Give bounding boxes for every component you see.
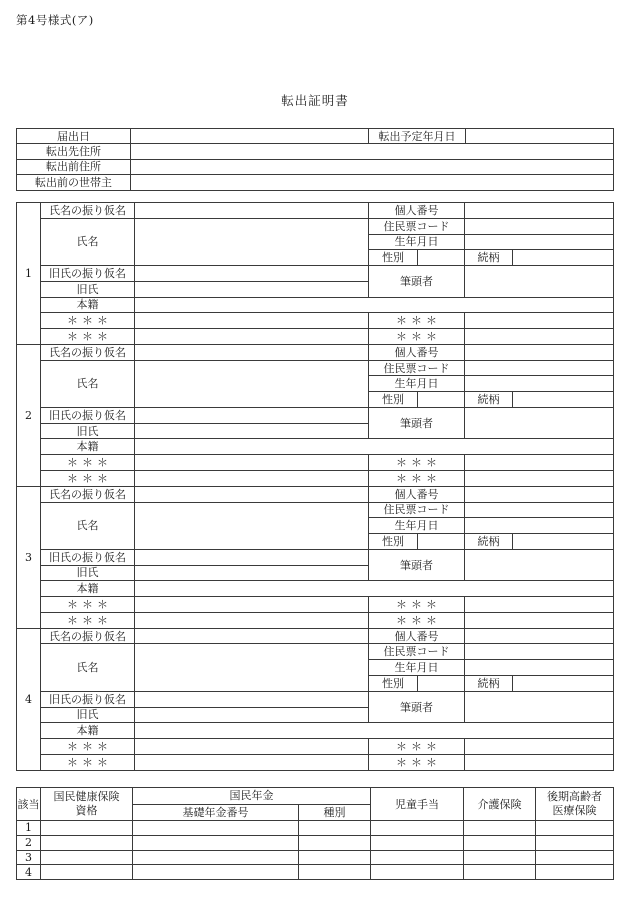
label-personal-number: 個人番号 (369, 203, 465, 219)
label-former-name-furigana: 旧氏の振り仮名 (41, 266, 135, 282)
label-relationship: 続柄 (465, 392, 513, 408)
label-personal-number: 個人番号 (369, 344, 465, 360)
label-register-head: 筆頭者 (369, 691, 465, 723)
label-sex: 性別 (369, 392, 418, 408)
label-masked: ＊＊＊ (369, 329, 465, 345)
field-pension-type (299, 850, 371, 865)
field-masked (135, 754, 369, 770)
field-nhi (41, 850, 133, 865)
person-block-3: 3 氏名の振り仮名 個人番号 氏名 住民票コード 生年月日 性別 続柄 (17, 486, 614, 628)
field-masked (135, 471, 369, 487)
field-previous-address (131, 159, 614, 174)
label-relationship: 続柄 (465, 534, 513, 550)
table-row: ＊＊＊ ＊＊＊ (17, 739, 614, 755)
field-relationship (513, 250, 614, 266)
field-name-furigana (135, 486, 369, 502)
label-masked: ＊＊＊ (41, 455, 135, 471)
field-name (135, 502, 369, 549)
label-personal-number: 個人番号 (369, 486, 465, 502)
table-row: 1 氏名の振り仮名 個人番号 (17, 203, 614, 219)
label-former-name-furigana: 旧氏の振り仮名 (41, 549, 135, 565)
table-row: 氏名 住民票コード (17, 502, 614, 518)
field-name (135, 644, 369, 691)
field-child-allowance (371, 821, 464, 836)
label-registered-domicile: 本籍 (41, 439, 135, 455)
label-name: 氏名 (41, 644, 135, 691)
table-row: 2 (17, 835, 614, 850)
label-registered-domicile: 本籍 (41, 297, 135, 313)
row-number: 3 (17, 850, 41, 865)
table-row: 1 (17, 821, 614, 836)
table-row: 転出前住所 (17, 159, 614, 174)
field-pension-number (133, 835, 299, 850)
label-masked: ＊＊＊ (369, 612, 465, 628)
person-number: 2 (17, 344, 41, 486)
label-planned-moveout-date: 転出予定年月日 (369, 129, 466, 144)
label-masked: ＊＊＊ (41, 754, 135, 770)
person-table: 1 氏名の振り仮名 個人番号 氏名 住民票コード 生年月日 性別 続柄 (16, 202, 614, 771)
field-name-furigana (135, 344, 369, 360)
person-number: 1 (17, 203, 41, 345)
field-resident-record-code (465, 218, 614, 234)
header-table: 届出日 転出予定年月日 転出先住所 転出前住所 転出前の世帯主 (16, 128, 614, 191)
label-previous-address: 転出前住所 (17, 159, 131, 174)
field-name (135, 360, 369, 407)
field-masked (135, 455, 369, 471)
field-masked (135, 313, 369, 329)
form-number: 第4号様式(ア) (16, 12, 94, 28)
field-pension-number (133, 865, 299, 880)
field-pension-type (299, 835, 371, 850)
label-register-head: 筆頭者 (369, 549, 465, 581)
header-nhi-line2: 資格 (41, 804, 132, 818)
field-register-head (465, 407, 614, 439)
field-masked (135, 612, 369, 628)
field-pension-number (133, 850, 299, 865)
label-register-head: 筆頭者 (369, 266, 465, 298)
field-resident-record-code (465, 360, 614, 376)
table-row: ＊＊＊ ＊＊＊ (17, 313, 614, 329)
row-number: 2 (17, 835, 41, 850)
label-masked: ＊＊＊ (41, 739, 135, 755)
table-header-row: 該当 国民健康保険 資格 国民年金 児童手当 介護保険 後期高齢者 医療保険 (17, 788, 614, 805)
field-sex (418, 250, 465, 266)
label-registered-domicile: 本籍 (41, 723, 135, 739)
field-masked (465, 612, 614, 628)
label-masked: ＊＊＊ (369, 739, 465, 755)
table-row: 3 氏名の振り仮名 個人番号 (17, 486, 614, 502)
label-former-name-furigana: 旧氏の振り仮名 (41, 691, 135, 707)
field-care-insurance (464, 835, 536, 850)
label-name: 氏名 (41, 218, 135, 265)
field-masked (465, 471, 614, 487)
table-row: ＊＊＊ ＊＊＊ (17, 612, 614, 628)
field-former-name (135, 565, 369, 581)
person-number: 3 (17, 486, 41, 628)
label-notification-date: 届出日 (17, 129, 131, 144)
field-planned-moveout-date (466, 129, 614, 144)
field-nhi (41, 835, 133, 850)
field-notification-date (131, 129, 369, 144)
label-masked: ＊＊＊ (369, 471, 465, 487)
table-row: 4 (17, 865, 614, 880)
label-date-of-birth: 生年月日 (369, 518, 465, 534)
field-former-name-furigana (135, 266, 369, 282)
header-applicable: 該当 (17, 788, 41, 821)
row-number: 1 (17, 821, 41, 836)
label-masked: ＊＊＊ (41, 471, 135, 487)
label-personal-number: 個人番号 (369, 628, 465, 644)
header-child-allowance: 児童手当 (371, 788, 464, 821)
field-sex (418, 675, 465, 691)
header-national-health-insurance: 国民健康保険 資格 (41, 788, 133, 821)
field-pension-type (299, 821, 371, 836)
label-name-furigana: 氏名の振り仮名 (41, 486, 135, 502)
label-resident-record-code: 住民票コード (369, 644, 465, 660)
field-date-of-birth (465, 518, 614, 534)
row-number: 4 (17, 865, 41, 880)
label-name-furigana: 氏名の振り仮名 (41, 628, 135, 644)
field-new-address (131, 144, 614, 159)
field-former-name (135, 423, 369, 439)
field-relationship (513, 392, 614, 408)
label-resident-record-code: 住民票コード (369, 502, 465, 518)
field-masked (465, 313, 614, 329)
table-row: 旧氏の振り仮名 筆頭者 (17, 549, 614, 565)
header-elderly-line2: 医療保険 (536, 804, 613, 818)
field-name (135, 218, 369, 265)
table-row: 3 (17, 850, 614, 865)
person-block-2: 2 氏名の振り仮名 個人番号 氏名 住民票コード 生年月日 性別 続柄 (17, 344, 614, 486)
label-date-of-birth: 生年月日 (369, 660, 465, 676)
table-row: ＊＊＊ ＊＊＊ (17, 597, 614, 613)
label-masked: ＊＊＊ (369, 313, 465, 329)
field-registered-domicile (135, 439, 614, 455)
field-date-of-birth (465, 234, 614, 250)
field-registered-domicile (135, 723, 614, 739)
label-masked: ＊＊＊ (41, 329, 135, 345)
label-former-name-furigana: 旧氏の振り仮名 (41, 407, 135, 423)
field-registered-domicile (135, 581, 614, 597)
label-masked: ＊＊＊ (369, 455, 465, 471)
field-elderly-medical (536, 850, 614, 865)
field-sex (418, 392, 465, 408)
table-row: ＊＊＊ ＊＊＊ (17, 329, 614, 345)
header-elderly-line1: 後期高齢者 (536, 790, 613, 804)
table-row: 本籍 (17, 297, 614, 313)
field-care-insurance (464, 821, 536, 836)
field-former-name-furigana (135, 549, 369, 565)
table-row: 旧氏の振り仮名 筆頭者 (17, 691, 614, 707)
page-title: 転出証明書 (0, 91, 630, 109)
field-pension-type (299, 865, 371, 880)
field-child-allowance (371, 850, 464, 865)
field-care-insurance (464, 850, 536, 865)
label-registered-domicile: 本籍 (41, 581, 135, 597)
person-block-4: 4 氏名の振り仮名 個人番号 氏名 住民票コード 生年月日 性別 続柄 (17, 628, 614, 770)
table-row: 転出先住所 (17, 144, 614, 159)
label-sex: 性別 (369, 675, 418, 691)
field-register-head (465, 549, 614, 581)
field-name-furigana (135, 628, 369, 644)
field-sex (418, 534, 465, 550)
field-nhi (41, 865, 133, 880)
label-masked: ＊＊＊ (369, 597, 465, 613)
table-row: 本籍 (17, 581, 614, 597)
field-care-insurance (464, 865, 536, 880)
header-care-insurance: 介護保険 (464, 788, 536, 821)
field-name-furigana (135, 203, 369, 219)
field-child-allowance (371, 835, 464, 850)
field-register-head (465, 266, 614, 298)
field-registered-domicile (135, 297, 614, 313)
table-row: 転出前の世帯主 (17, 175, 614, 190)
field-personal-number (465, 628, 614, 644)
label-resident-record-code: 住民票コード (369, 360, 465, 376)
benefits-table: 該当 国民健康保険 資格 国民年金 児童手当 介護保険 後期高齢者 医療保険 基… (16, 787, 614, 880)
field-child-allowance (371, 865, 464, 880)
field-personal-number (465, 344, 614, 360)
field-resident-record-code (465, 644, 614, 660)
label-masked: ＊＊＊ (41, 313, 135, 329)
table-row: 旧氏の振り仮名 筆頭者 (17, 407, 614, 423)
field-elderly-medical (536, 865, 614, 880)
field-pension-number (133, 821, 299, 836)
person-number: 4 (17, 628, 41, 770)
header-national-pension: 国民年金 (133, 788, 371, 805)
label-name: 氏名 (41, 360, 135, 407)
table-row: ＊＊＊ ＊＊＊ (17, 471, 614, 487)
label-masked: ＊＊＊ (369, 754, 465, 770)
label-former-name: 旧氏 (41, 707, 135, 723)
label-name: 氏名 (41, 502, 135, 549)
document-page: 第4号様式(ア) 転出証明書 届出日 転出予定年月日 転出先住所 転出前住所 転… (0, 0, 630, 903)
label-masked: ＊＊＊ (41, 597, 135, 613)
field-relationship (513, 675, 614, 691)
label-former-name: 旧氏 (41, 423, 135, 439)
field-elderly-medical (536, 835, 614, 850)
table-row: 氏名 住民票コード (17, 644, 614, 660)
table-row: 氏名 住民票コード (17, 360, 614, 376)
field-masked (135, 597, 369, 613)
field-nhi (41, 821, 133, 836)
label-sex: 性別 (369, 250, 418, 266)
field-date-of-birth (465, 660, 614, 676)
field-masked (135, 329, 369, 345)
table-row: ＊＊＊ ＊＊＊ (17, 455, 614, 471)
header-nhi-line1: 国民健康保険 (41, 790, 132, 804)
table-row: 4 氏名の振り仮名 個人番号 (17, 628, 614, 644)
field-masked (465, 455, 614, 471)
label-date-of-birth: 生年月日 (369, 376, 465, 392)
field-personal-number (465, 486, 614, 502)
field-masked (465, 739, 614, 755)
field-masked (465, 329, 614, 345)
label-previous-household-head: 転出前の世帯主 (17, 175, 131, 190)
label-former-name: 旧氏 (41, 281, 135, 297)
header-pension-type: 種別 (299, 804, 371, 821)
field-relationship (513, 534, 614, 550)
table-row: 本籍 (17, 723, 614, 739)
table-row: 届出日 転出予定年月日 (17, 129, 614, 144)
field-former-name-furigana (135, 691, 369, 707)
label-name-furigana: 氏名の振り仮名 (41, 203, 135, 219)
table-row: 氏名 住民票コード (17, 218, 614, 234)
label-relationship: 続柄 (465, 250, 513, 266)
field-register-head (465, 691, 614, 723)
header-pension-number: 基礎年金番号 (133, 804, 299, 821)
field-former-name (135, 281, 369, 297)
field-masked (465, 597, 614, 613)
field-former-name (135, 707, 369, 723)
field-former-name-furigana (135, 407, 369, 423)
label-date-of-birth: 生年月日 (369, 234, 465, 250)
field-personal-number (465, 203, 614, 219)
field-resident-record-code (465, 502, 614, 518)
label-sex: 性別 (369, 534, 418, 550)
field-elderly-medical (536, 821, 614, 836)
table-row: 本籍 (17, 439, 614, 455)
label-former-name: 旧氏 (41, 565, 135, 581)
label-relationship: 続柄 (465, 675, 513, 691)
table-row: ＊＊＊ ＊＊＊ (17, 754, 614, 770)
header-elderly-medical-insurance: 後期高齢者 医療保険 (536, 788, 614, 821)
field-date-of-birth (465, 376, 614, 392)
label-resident-record-code: 住民票コード (369, 218, 465, 234)
table-row: 旧氏の振り仮名 筆頭者 (17, 266, 614, 282)
field-masked (465, 754, 614, 770)
table-row: 2 氏名の振り仮名 個人番号 (17, 344, 614, 360)
label-register-head: 筆頭者 (369, 407, 465, 439)
field-masked (135, 739, 369, 755)
label-name-furigana: 氏名の振り仮名 (41, 344, 135, 360)
label-masked: ＊＊＊ (41, 612, 135, 628)
field-previous-household-head (131, 175, 614, 190)
person-block-1: 1 氏名の振り仮名 個人番号 氏名 住民票コード 生年月日 性別 続柄 (17, 203, 614, 345)
label-new-address: 転出先住所 (17, 144, 131, 159)
